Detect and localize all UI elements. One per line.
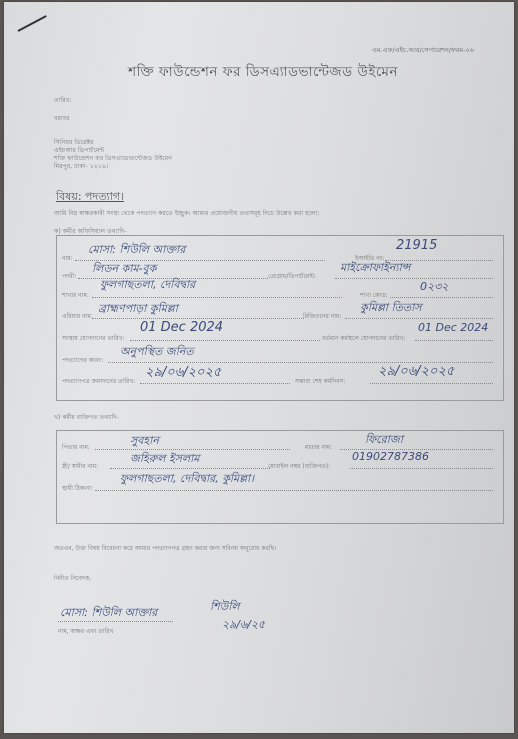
- signature-line: [58, 621, 173, 622]
- branch-value[interactable]: ফুলগাছতলা, দেবিদ্বার: [100, 276, 195, 295]
- spouse-label: স্ত্রী/ স্বামীর নাম:: [62, 461, 98, 472]
- mother-value[interactable]: ফিরোজা: [365, 431, 403, 450]
- organization-title: শক্তি ফাউন্ডেশন ফর ডিসএ্যাডভান্টেজড উইমে…: [4, 61, 518, 84]
- address-label: স্থায়ী ঠিকানা:: [62, 483, 93, 494]
- father-value[interactable]: সুবহান: [130, 432, 159, 451]
- region-label: রিজিওনের নাম:: [303, 311, 341, 322]
- address-field-line: [95, 489, 493, 491]
- area-value[interactable]: ব্রাহ্মণপাড়া কুমিল্লা: [98, 300, 178, 319]
- intro-text: আমি নিম্ন স্বাক্ষরকারী সংস্থা থেকে পদত্য…: [54, 208, 319, 219]
- reason-value[interactable]: অনুপস্থিত জনিত: [120, 343, 194, 362]
- join-date-value[interactable]: 01 Dec 2024: [140, 320, 223, 335]
- regards-text: বিনীত নিবেদক,: [54, 573, 91, 584]
- date-label: তারিখ:: [54, 95, 72, 106]
- current-join-label: বর্তমান কর্মস্থলে যোগদানের তারিখ:: [322, 333, 406, 344]
- branch-field-line: [92, 296, 342, 298]
- join-date-field-line: [130, 339, 320, 341]
- recipient-line: মিরপুর, ঢাকা- ১২১৬।: [54, 161, 108, 172]
- program-label: প্রোগ্রাম/ডিপার্টমেন্ট:: [268, 271, 316, 282]
- program-value[interactable]: মাইক্রোফাইন্যান্স: [340, 259, 410, 278]
- region-value[interactable]: কুমিল্লা তিতাস: [360, 299, 422, 318]
- id-value[interactable]: 21915: [396, 238, 437, 253]
- signature-caption: নাম, স্বাক্ষর এবং তারিখ: [58, 626, 114, 637]
- signature-mark: শিউলি: [210, 598, 240, 617]
- current-join-value[interactable]: 01 Dec 2024: [418, 321, 488, 334]
- signature-date: ২৯/৬/২৫: [222, 616, 265, 635]
- to-label: বরাবর: [54, 113, 70, 124]
- address-value[interactable]: ফুলগাছতলা, দেবিদ্বার, কুমিল্লা।: [120, 470, 254, 489]
- spouse-value[interactable]: জহিরুল ইসলাম: [130, 450, 199, 469]
- last-day-label: সম্ভাব্য শেষ কর্মদিবস:: [295, 376, 345, 387]
- join-date-label: সংস্থায় যোগদানের তারিখ:: [62, 333, 125, 344]
- pen-mark: [18, 15, 47, 32]
- branch-code-value[interactable]: 0২৩২: [420, 278, 448, 297]
- subject-heading: বিষয়: পদত্যাগ।: [56, 188, 124, 207]
- mobile-value[interactable]: 01902787386: [352, 450, 429, 463]
- section-personal-heading: খ) কর্মীর ব্যক্তিগত তথ্যাদি-: [54, 412, 119, 423]
- area-label: এরিয়ার নাম:: [62, 311, 93, 322]
- mobile-field-line: [350, 467, 493, 469]
- resign-date-value[interactable]: ২৯/০৬/২০২৫: [145, 363, 221, 384]
- branch-label: শাখার নাম:: [62, 290, 89, 301]
- closing-text: অতএব, উক্ত বিষয় বিবেচনা করে আমার পদত্যা…: [54, 543, 276, 554]
- current-join-field-line: [415, 339, 493, 341]
- form-code: এম.এফ/এইচ.আর/সেপারেশন/ফরম-০৬: [372, 45, 474, 56]
- mother-label: মাতার নাম:: [305, 442, 332, 453]
- resign-date-label: পদত্যাগপত্র জমাদানের তারিখ:: [62, 376, 135, 387]
- reason-label: পদত্যাগের কারণ:: [62, 355, 104, 366]
- name-value[interactable]: মোসা: শিউলি আক্তার: [88, 241, 185, 260]
- name-label: নাম:: [62, 253, 73, 264]
- last-day-value[interactable]: ২৯/০৬/২০২৫: [378, 362, 454, 383]
- mobile-label: মোবাইল নম্বর (ব্যক্তিগত):: [268, 461, 330, 472]
- designation-label: পদবী:: [62, 271, 76, 282]
- father-label: পিতার নাম:: [62, 442, 90, 453]
